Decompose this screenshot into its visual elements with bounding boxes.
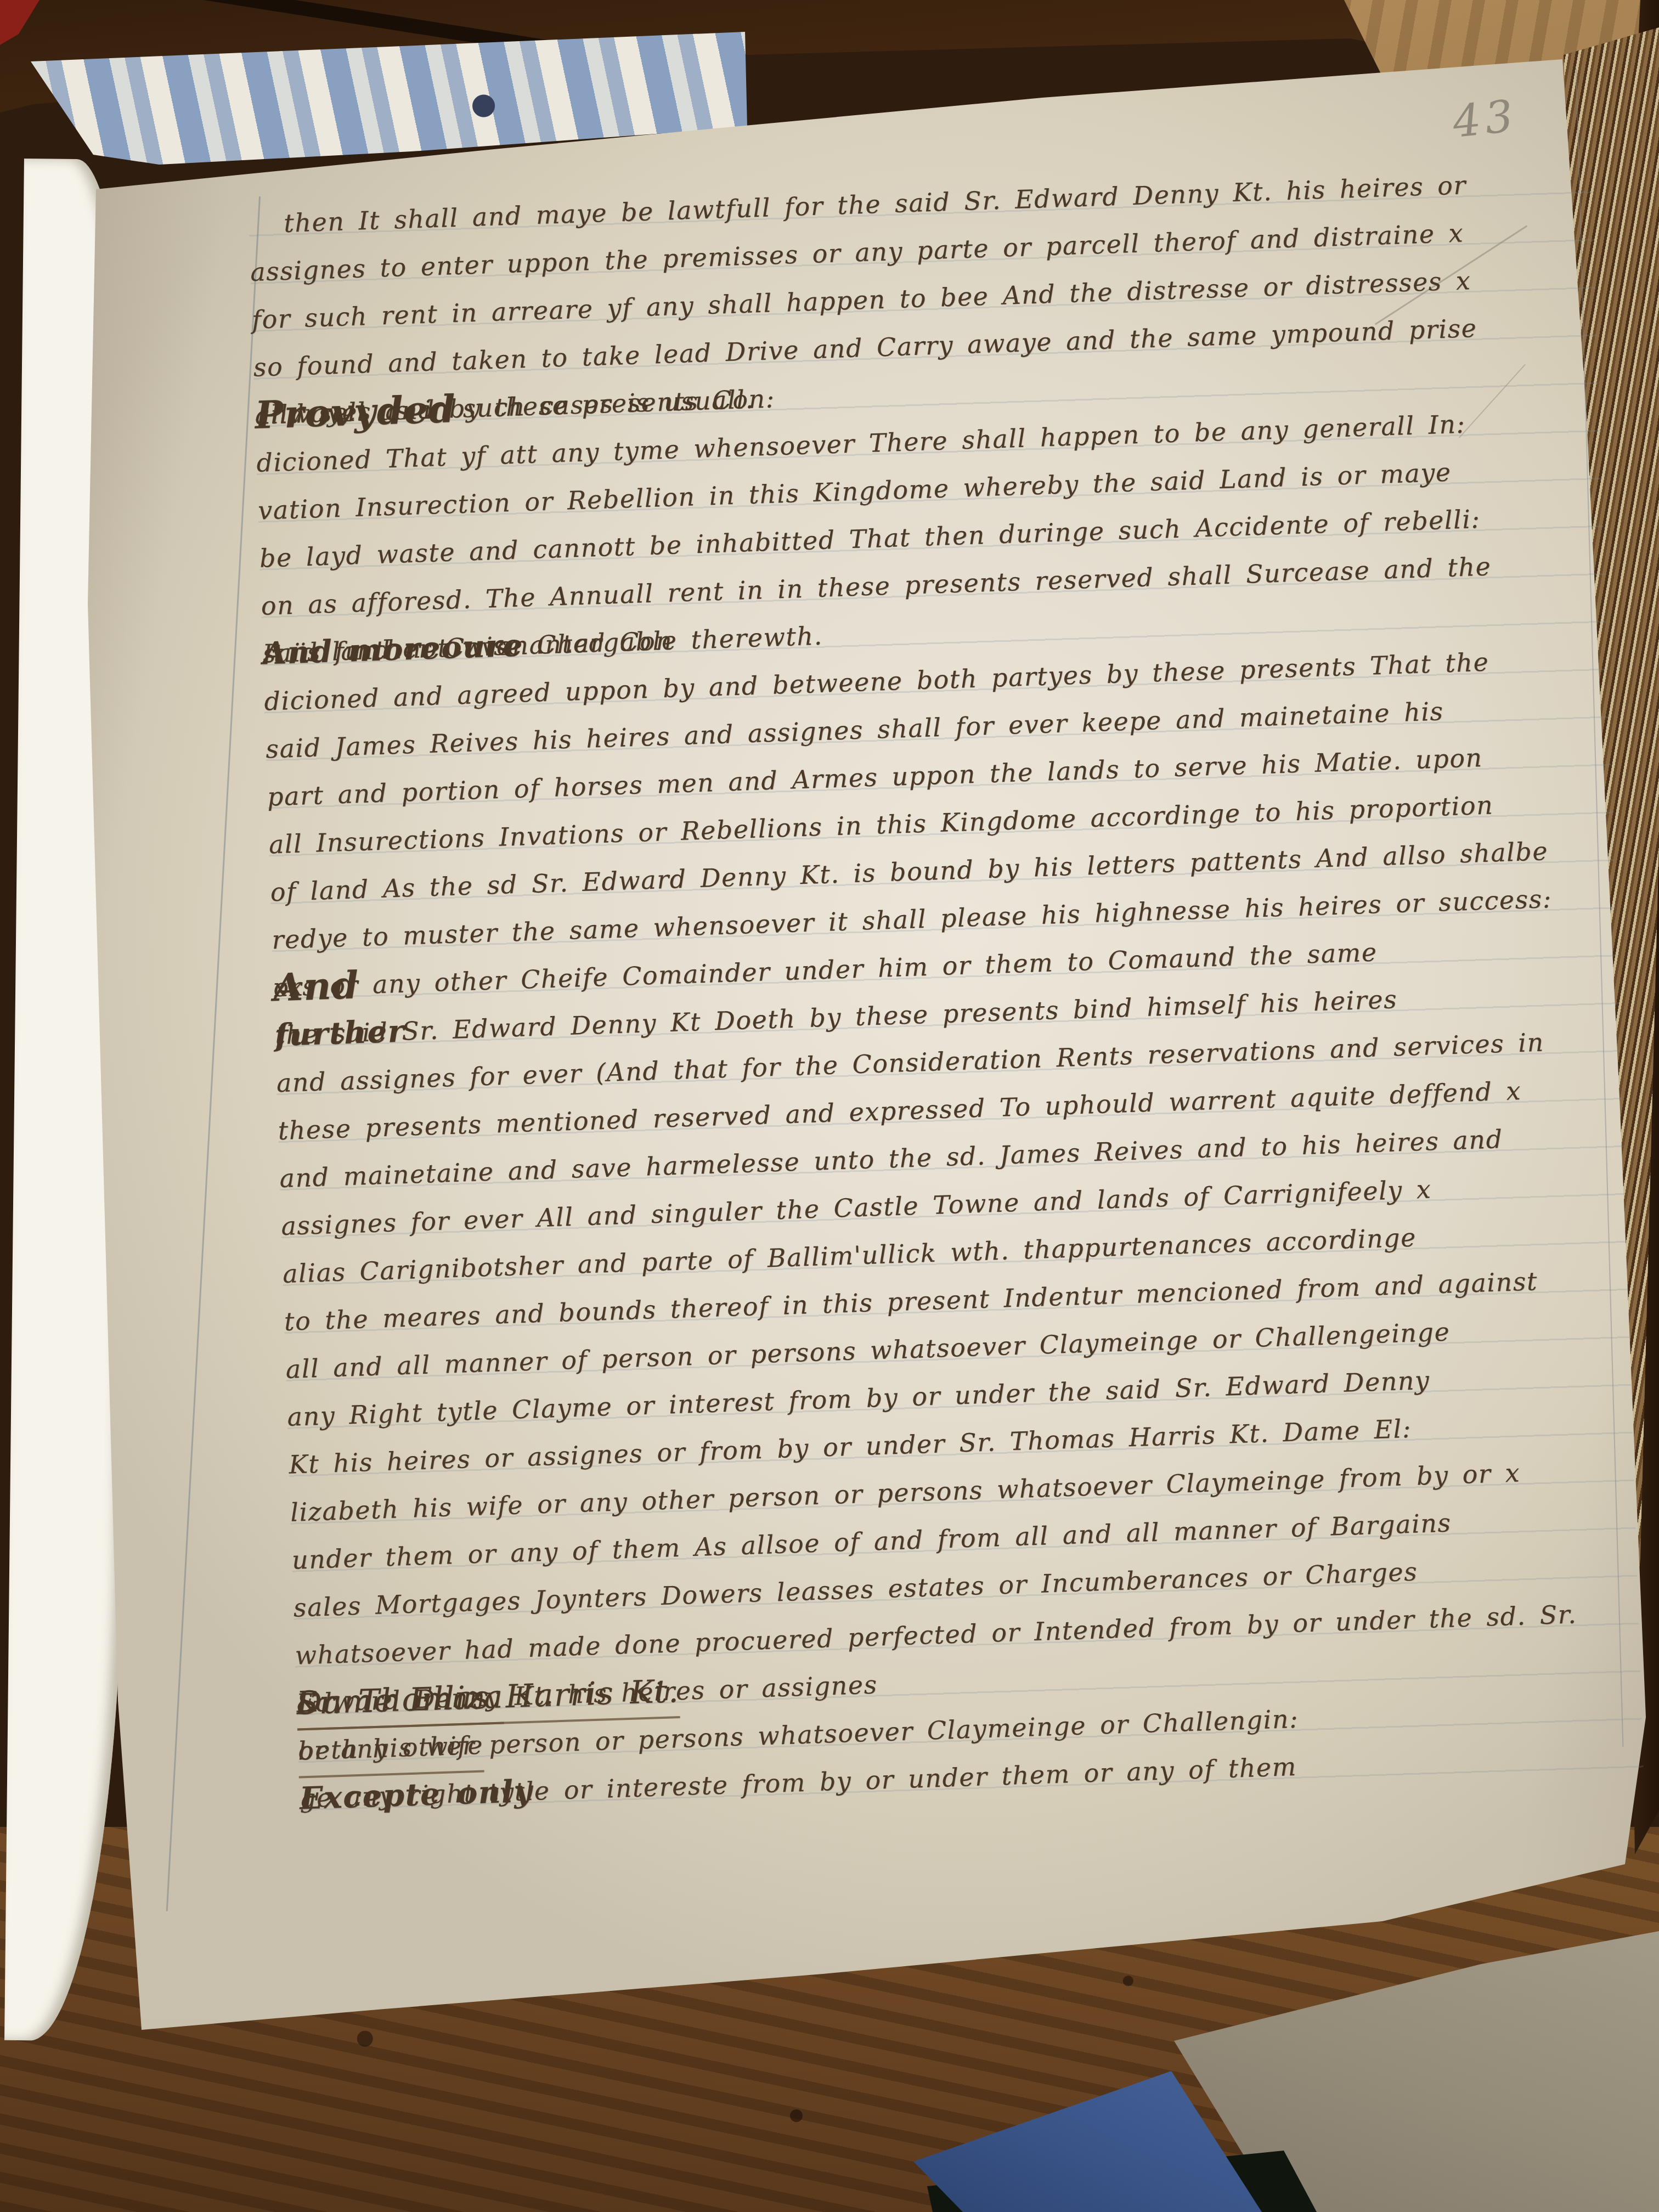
page-number: 43 xyxy=(1450,90,1520,148)
manuscript-lines: then It shall and maye be lawtfull for t… xyxy=(248,157,1644,1823)
manuscript-text-segment: Excepte only xyxy=(299,1768,533,1823)
photo: { "page": { "number": "43", "lines": [ [… xyxy=(0,0,1659,2212)
manuscript-text-segment: xx xyxy=(273,963,304,1012)
